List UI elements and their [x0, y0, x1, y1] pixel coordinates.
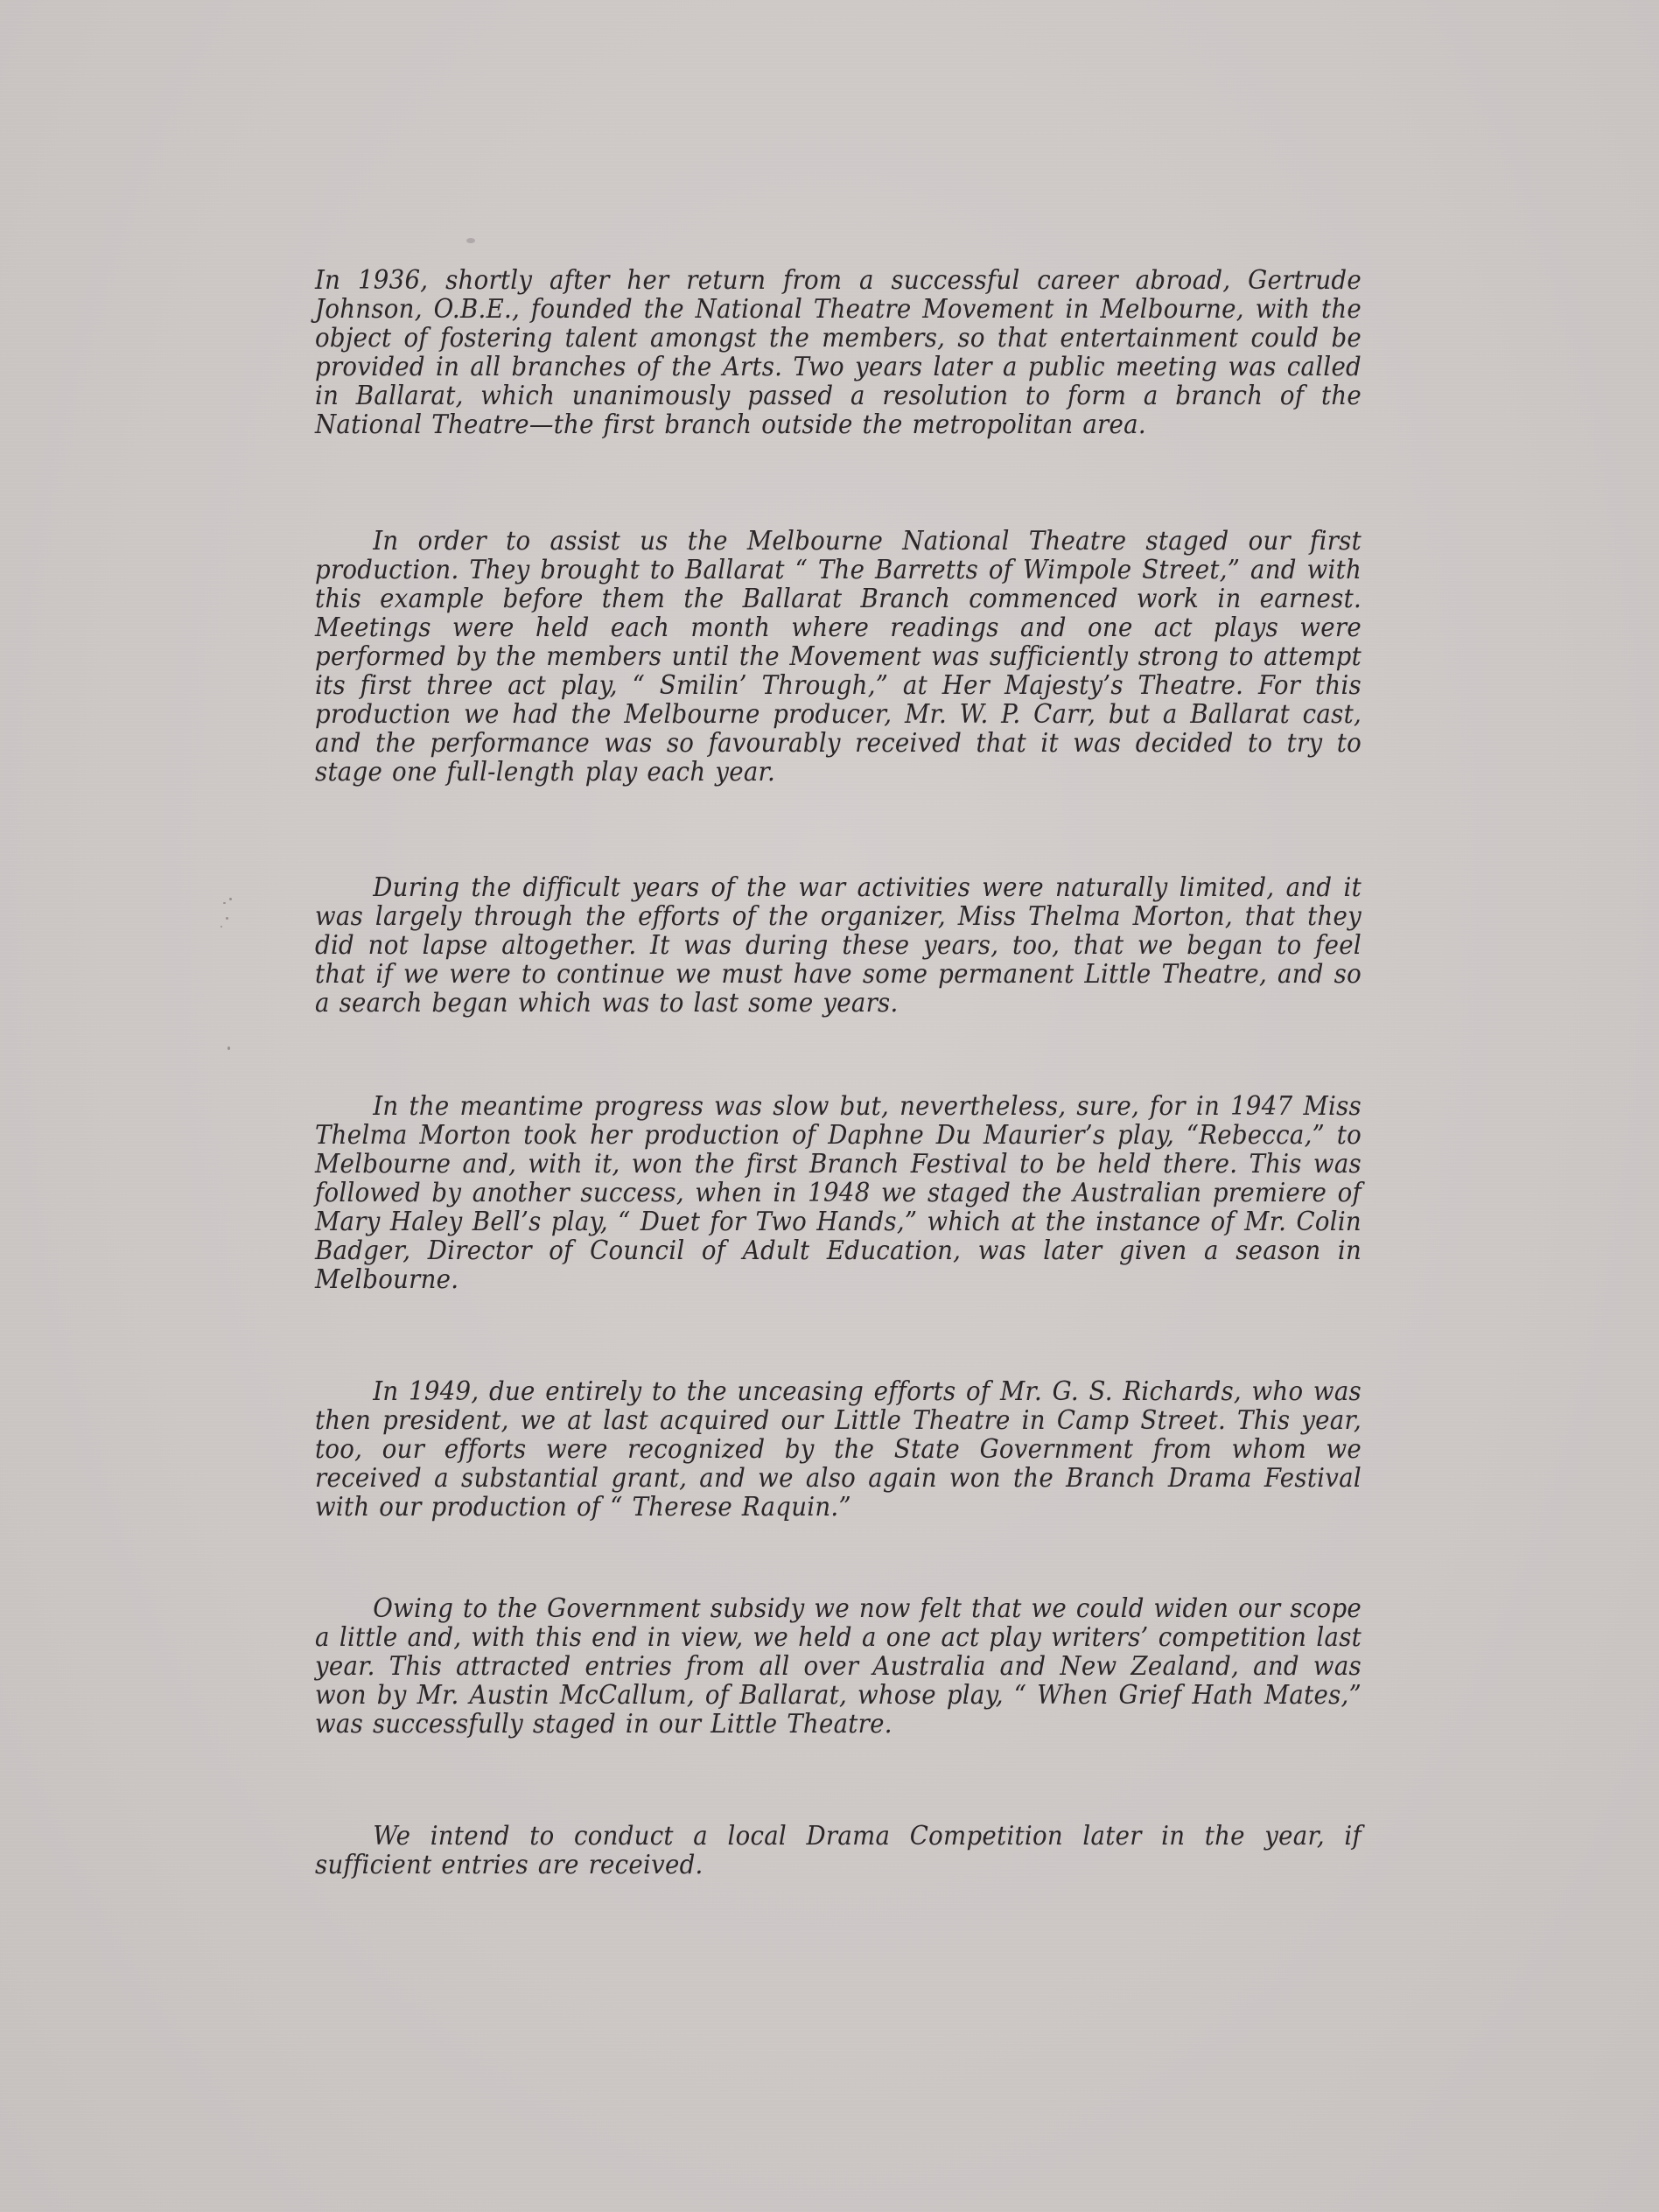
paper-speck — [466, 238, 475, 243]
paragraph-local-drama-competition: We intend to conduct a local Drama Compe… — [315, 1822, 1361, 1879]
paragraph-war-years: During the difficult years of the war ac… — [315, 873, 1361, 1018]
paragraph-first-production: In order to assist us the Melbourne Nati… — [315, 527, 1361, 787]
paragraph-founding-1936: In 1936, shortly after her return from a… — [315, 266, 1361, 439]
paper-speck — [227, 1046, 230, 1050]
paragraph-little-theatre-1949: In 1949, due entirely to the unceasing e… — [315, 1377, 1361, 1522]
paper-speck — [229, 898, 232, 900]
paper-speck — [223, 902, 226, 904]
paragraph-play-writers-competition: Owing to the Government subsidy we now f… — [315, 1594, 1361, 1739]
paragraph-progress-1947-1948: In the meantime progress was slow but, n… — [315, 1092, 1361, 1294]
paper-speck — [220, 926, 222, 927]
paper-speck — [226, 917, 228, 920]
